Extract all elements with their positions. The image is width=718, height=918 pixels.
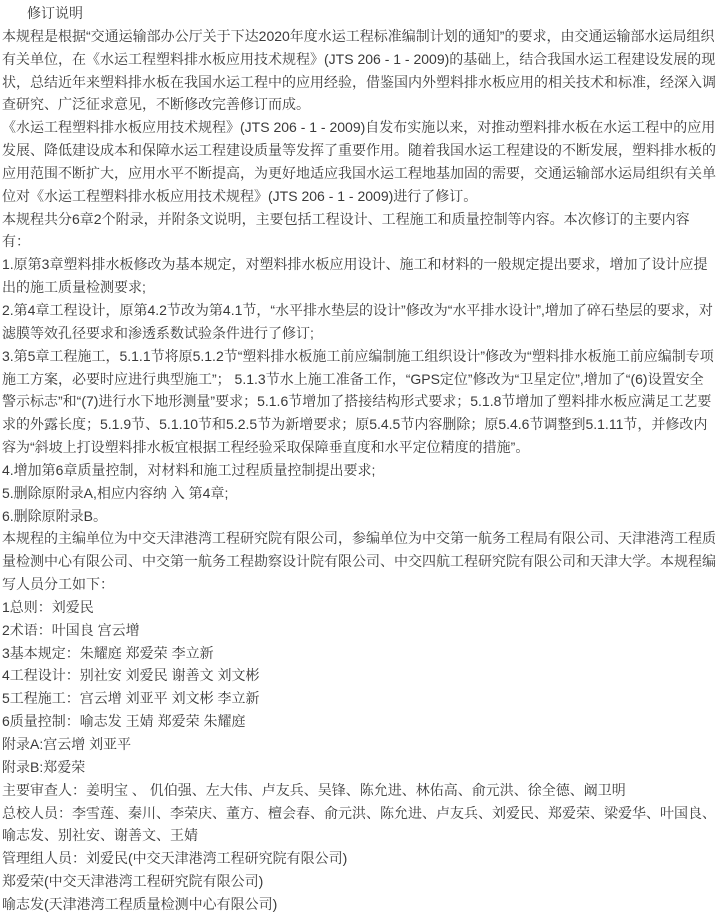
- paragraph-12: 2术语：叶国良 宫云增: [2, 619, 717, 642]
- paragraph-3: 本规程共分6章2个附录，并附条文说明，主要包括工程设计、工程施工和质量控制等内容…: [2, 208, 717, 254]
- paragraph-6: 3.第5章工程施工，5.1.1节将原5.1.2节“塑料排水板施工前应编制施工组织…: [2, 345, 717, 459]
- paragraph-22: 郑爱荣(中交天津港湾工程研究院有限公司): [2, 870, 717, 893]
- paragraph-10: 本规程的主编单位为中交天津港湾工程研究院有限公司，参编单位为中交第一航务工程局有…: [2, 527, 717, 596]
- paragraph-19: 主要审查人：姜明宝 、 仉伯强、左大伟、卢友兵、吴锋、陈允进、林佑高、俞元洪、徐…: [2, 779, 717, 802]
- paragraph-18: 附录B:郑爱荣: [2, 756, 717, 779]
- paragraph-2: 《水运工程塑料排水板应用技术规程》(JTS 206 - 1 - 2009)自发布…: [2, 116, 717, 207]
- paragraph-7: 4.增加第6章质量控制，对材料和施工过程质量控制提出要求;: [2, 459, 717, 482]
- paragraph-16: 6质量控制：喻志发 王婧 郑爱荣 朱耀庭: [2, 710, 717, 733]
- paragraph-13: 3基本规定：朱耀庭 郑爱荣 李立新: [2, 642, 717, 665]
- paragraph-5: 2.第4章工程设计，原第4.2节改为第4.1节，“水平排水垫层的设计”修改为“水…: [2, 299, 717, 345]
- paragraph-11: 1总则：刘爱民: [2, 596, 717, 619]
- paragraph-20: 总校人员：李雪莲、秦川、李荣庆、董方、檀会春、俞元洪、陈允进、卢友兵、刘爱民、郑…: [2, 802, 717, 848]
- paragraph-14: 4工程设计：别社安 刘爱民 谢善文 刘文彬: [2, 664, 717, 687]
- document-title: 修订说明: [2, 2, 717, 25]
- paragraph-1: 本规程是根据“交通运输部办公厅关于下达2020年度水运工程标准编制计划的通知”的…: [2, 25, 717, 116]
- paragraph-8: 5.删除原附录A,相应内容纳 入 第4章;: [2, 482, 717, 505]
- paragraph-17: 附录A:宫云增 刘亚平: [2, 733, 717, 756]
- paragraph-15: 5工程施工：宫云增 刘亚平 刘文彬 李立新: [2, 687, 717, 710]
- document-body: 本规程是根据“交通运输部办公厅关于下达2020年度水运工程标准编制计划的通知”的…: [2, 25, 717, 916]
- paragraph-9: 6.删除原附录B。: [2, 505, 717, 528]
- document-page: 修订说明 本规程是根据“交通运输部办公厅关于下达2020年度水运工程标准编制计划…: [0, 0, 718, 918]
- paragraph-21: 管理组人员：刘爱民(中交天津港湾工程研究院有限公司): [2, 847, 717, 870]
- paragraph-4: 1.原第3章塑料排水板修改为基本规定，对塑料排水板应用设计、施工和材料的一般规定…: [2, 253, 717, 299]
- paragraph-23: 喻志发(天津港湾工程质量检测中心有限公司): [2, 893, 717, 916]
